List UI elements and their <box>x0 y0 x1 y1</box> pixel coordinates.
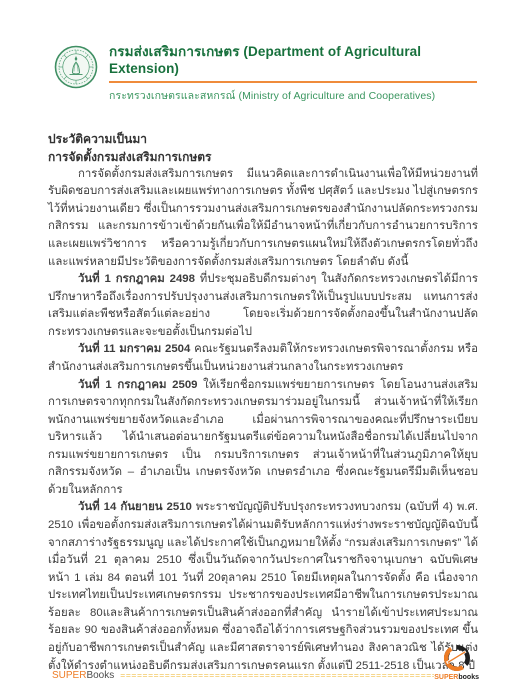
superbooks-logo-icon <box>442 643 472 673</box>
footer-brand-left: SUPERBooks <box>52 670 114 681</box>
paragraph-4-text: ให้เรียกชื่อกรมแพร่ขยายการเกษตร โดยโอนงา… <box>48 379 478 496</box>
footer-divider: ========================================… <box>114 670 434 681</box>
page-title: กรมส่งเสริมการเกษตร (Department of Agric… <box>109 44 477 83</box>
paragraph-3: วันที่ 11 มกราคม 2504 คณะรัฐมนตรีลงมติให… <box>48 341 478 376</box>
paragraph-1: การจัดตั้งกรมส่งเสริมการเกษตร มีแนวคิดแล… <box>48 166 478 271</box>
paragraph-4-lead: วันที่ 1 กรกฎาคม 2509 <box>78 379 198 391</box>
document-page: กรมส่งเสริมการเกษตร (Department of Agric… <box>0 0 525 697</box>
header-text-block: กรมส่งเสริมการเกษตร (Department of Agric… <box>109 44 477 104</box>
paragraph-1-text: การจัดตั้งกรมส่งเสริมการเกษตร มีแนวคิดแล… <box>48 168 478 268</box>
section-subheading: การจัดตั้งกรมส่งเสริมการเกษตร <box>48 148 478 166</box>
paragraph-2-lead: วันที่ 1 กรกฎาคม 2498 <box>78 273 195 285</box>
paragraph-5-lead: วันที่ 14 กันยายน 2510 <box>78 501 192 513</box>
paragraph-2: วันที่ 1 กรกฎาคม 2498 ที่ประชุมอธิบดีกรม… <box>48 271 478 341</box>
footer-brand-right-super: SUPER <box>434 674 458 681</box>
section-heading: ประวัติความเป็นมา <box>48 130 478 148</box>
footer-brand-left-books: Books <box>86 670 114 681</box>
paragraph-3-lead: วันที่ 11 มกราคม 2504 <box>78 343 190 355</box>
document-body: ประวัติความเป็นมา การจัดตั้งกรมส่งเสริมก… <box>0 104 525 675</box>
footer-logo: SUPERbooks <box>434 643 479 681</box>
page-header: กรมส่งเสริมการเกษตร (Department of Agric… <box>0 0 525 104</box>
footer-brand-left-super: SUPER <box>52 670 86 681</box>
footer-brand-right: SUPERbooks <box>434 674 479 681</box>
footer-brand-right-books: books <box>458 674 479 681</box>
page-footer: SUPERBooks =============================… <box>0 643 525 681</box>
page-subtitle: กระทรวงเกษตรและสหกรณ์ (Ministry of Agric… <box>109 87 477 104</box>
paragraph-4: วันที่ 1 กรกฎาคม 2509 ให้เรียกชื่อกรมแพร… <box>48 377 478 500</box>
department-seal-icon <box>54 45 98 94</box>
